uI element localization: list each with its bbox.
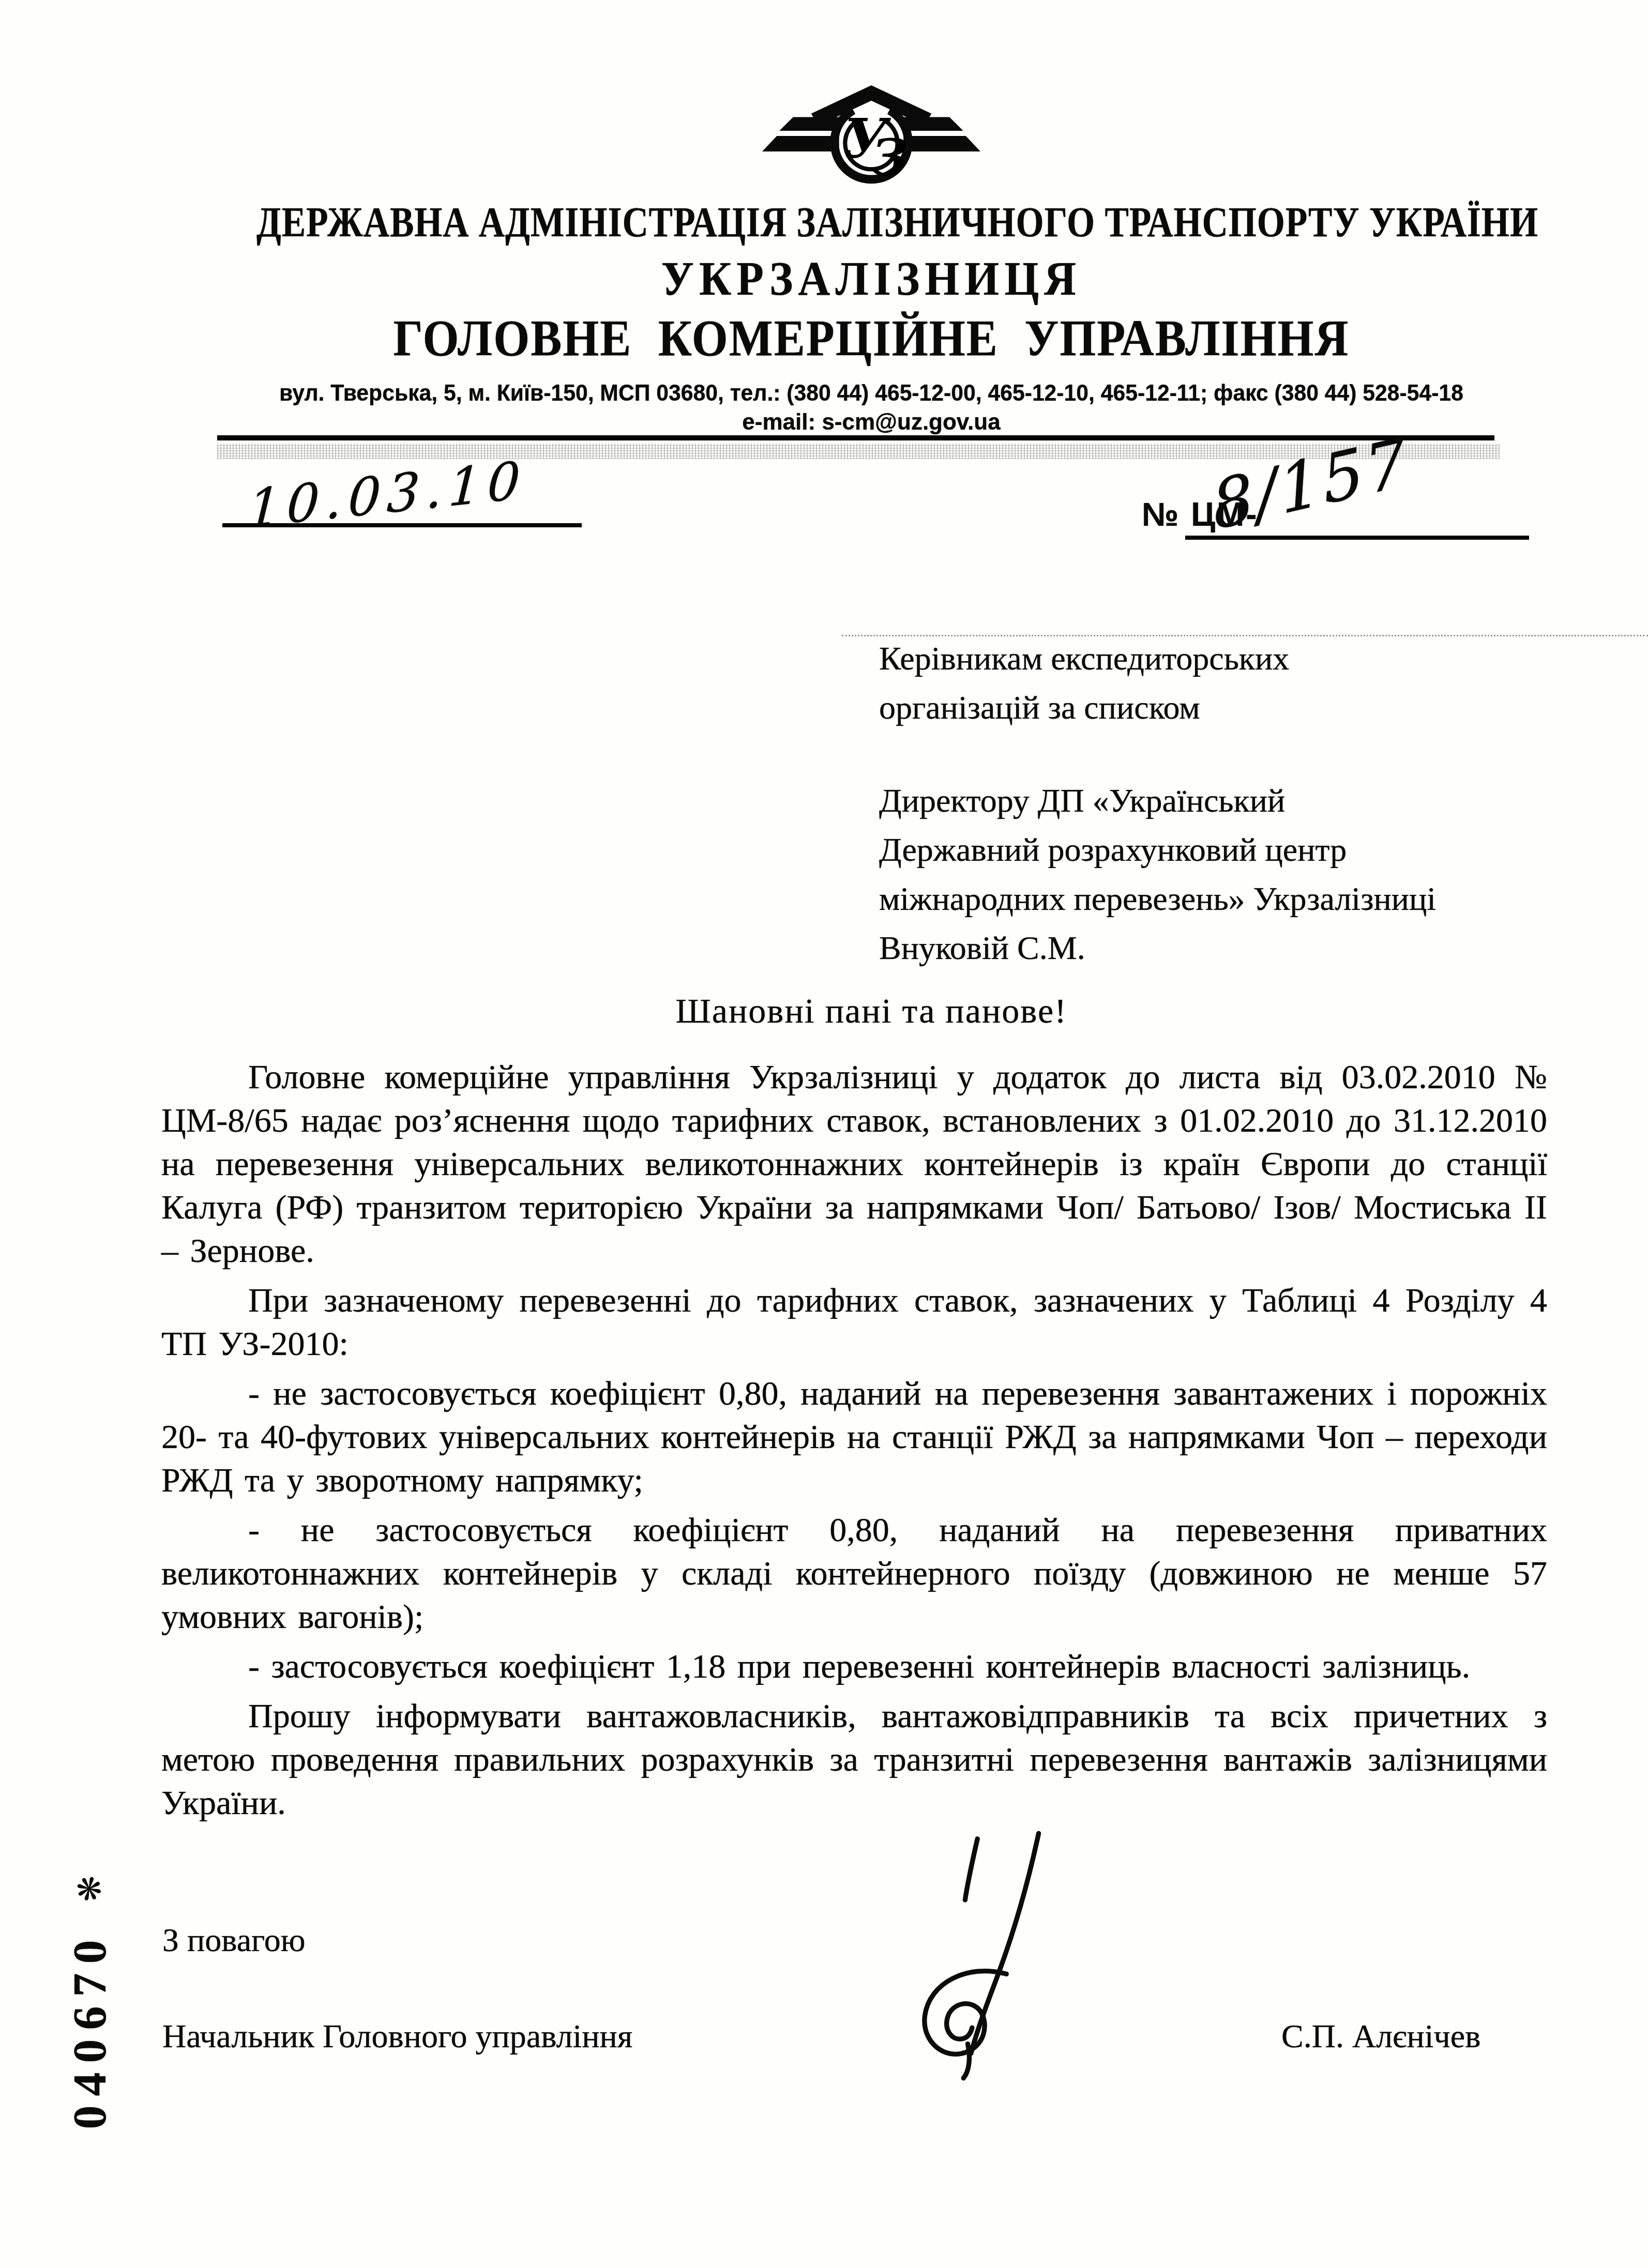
letterhead: У З ДЕРЖАВНА АДМІНІСТРАЦІЯ ЗАЛІЗНИЧНОГО … <box>217 78 1525 435</box>
scanned-letter-page: У З ДЕРЖАВНА АДМІНІСТРАЦІЯ ЗАЛІЗНИЧНОГО … <box>0 0 1648 2268</box>
body-paragraph: При зазначеному перевезенні до тарифних … <box>161 1279 1547 1366</box>
handwritten-signature <box>807 1829 1086 2082</box>
signer-name: С.П. Алєнічев <box>1281 2017 1480 2056</box>
body-paragraph: Головне комерційне управління Укрзалізни… <box>161 1056 1547 1273</box>
recipient-line: Державний розрахунковий центр <box>879 825 1567 874</box>
recipient-line: Внуковій С.М. <box>879 923 1567 972</box>
department-name: ГОЛОВНЕ КОМЕРЦІЙНЕ УПРАВЛІННЯ <box>217 309 1525 368</box>
org-name-full: ДЕРЖАВНА АДМІНІСТРАЦІЯ ЗАЛІЗНИЧНОГО ТРАН… <box>256 198 1486 247</box>
flower-asterisk-icon: ❋ <box>68 1871 111 1907</box>
postal-address-phone: вул. Тверська, 5, м. Київ-150, МСП 03680… <box>237 380 1506 406</box>
recipient-line: організацій за списком <box>879 683 1567 732</box>
body-paragraph: Прошу інформувати вантажовласників, вант… <box>161 1695 1547 1825</box>
handwritten-doc-number: 8/157 <box>1208 423 1413 545</box>
recipient-line: Директору ДП «Український <box>879 776 1567 825</box>
registration-stamp-inner: 040670 ❋ <box>62 1876 117 2129</box>
doc-number-underline <box>1185 536 1529 540</box>
recipient-block: Керівникам експедиторських організацій з… <box>879 634 1567 972</box>
body-paragraph: - не застосовується коефіцієнт 0,80, над… <box>161 1372 1547 1502</box>
registration-number: 040670 <box>62 1930 117 2129</box>
recipient-line: міжнародних перевезень» Укрзалізниці <box>879 874 1567 923</box>
letterhead-divider-rule <box>217 435 1494 440</box>
date-underline <box>222 523 582 527</box>
closing-regards: З повагою <box>162 1921 306 1959</box>
logo-letter-z: З <box>871 128 908 188</box>
email-address: e-mail: s-cm@uz.gov.ua <box>217 409 1525 435</box>
org-name-short: УКРЗАЛІЗНИЦЯ <box>217 251 1525 307</box>
letter-body: Головне комерційне управління Укрзалізни… <box>161 1056 1547 1825</box>
body-paragraph: - не застосовується коефіцієнт 0,80, над… <box>161 1509 1547 1639</box>
registration-stamp: 040670 ❋ <box>40 1834 139 2170</box>
body-paragraph: - застосовується коефіцієнт 1,18 при пер… <box>161 1645 1547 1688</box>
recipient-line: Керівникам експедиторських <box>879 634 1567 683</box>
signer-title: Начальник Головного управління <box>162 2017 632 2056</box>
salutation: Шановні пані та панове! <box>217 991 1525 1031</box>
uz-railway-winged-wheel-logo-icon: У З <box>760 78 983 189</box>
recipient-gap <box>879 732 1567 776</box>
